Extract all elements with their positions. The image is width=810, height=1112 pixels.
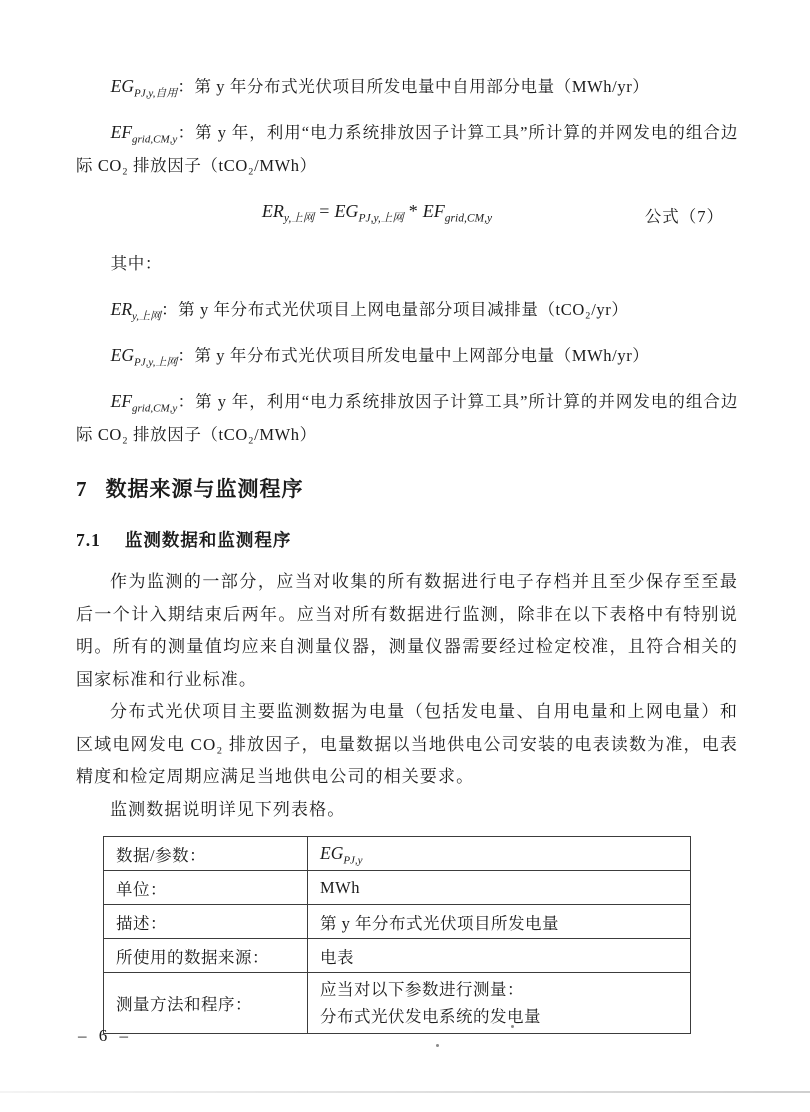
term-definition-ef-grid-2: EFgrid,CM,y：第 y 年，利用“电力系统排放因子计算工具”所计算的并网… (76, 385, 738, 451)
table-row-label: 所使用的数据来源： (104, 939, 308, 973)
body-paragraph: 分布式光伏项目主要监测数据为电量（包括发电量、自用电量和上网电量）和区域电网发电… (76, 696, 738, 794)
table-row: 所使用的数据来源： 电表 (104, 939, 691, 973)
table-row-label: 单位： (104, 871, 308, 905)
term-description: ：第 y 年分布式光伏项目所发电量中自用部分电量（MWh/yr） (177, 77, 649, 96)
formula-rhs2-subscript: grid,CM,y (445, 213, 492, 225)
term-subscript: grid,CM,y (132, 133, 177, 145)
scan-edge-line (0, 1091, 810, 1093)
multiply-sign: * (404, 201, 423, 221)
formula-7: ERy,上网=EGPJ,y,上网*EFgrid,CM,y (76, 201, 678, 222)
table-row-label: 数据/参数： (104, 837, 308, 871)
document-page: EGPJ,y,自用：第 y 年分布式光伏项目所发电量中自用部分电量（MWh/yr… (0, 0, 810, 1112)
table-row: 单位： MWh (104, 871, 691, 905)
section-title: 数据来源与监测程序 (106, 478, 304, 501)
table-row-label: 描述： (104, 905, 308, 939)
term-definition-eg-shangwang: EGPJ,y,上网：第 y 年分布式光伏项目所发电量中上网部分电量（MWh/yr… (76, 339, 738, 372)
term-symbol: ER (111, 299, 132, 319)
table-row-label: 测量方法和程序： (104, 973, 308, 1034)
term-subscript: y,上网 (132, 310, 161, 322)
formula-lhs: ER (262, 201, 284, 221)
term-symbol: EG (320, 843, 343, 863)
value-line: 应当对以下参数进行测量： (320, 976, 678, 1003)
formula-number-label: 公式（7） (645, 203, 724, 227)
term-symbol: EG (111, 76, 134, 96)
term-subscript: PJ,y,自用 (134, 87, 177, 99)
term-definition-ef-grid: EFgrid,CM,y：第 y 年，利用“电力系统排放因子计算工具”所计算的并网… (76, 116, 738, 182)
body-paragraph: 监测数据说明详见下列表格。 (76, 794, 738, 827)
table-row-value: 电表 (308, 939, 691, 973)
subsection-heading: 7.1监测数据和监测程序 (76, 527, 738, 552)
term-subscript: PJ,y (343, 854, 362, 866)
term-description: ：第 y 年分布式光伏项目所发电量中上网部分电量（MWh/yr） (177, 346, 649, 365)
formula-rhs1: EG (334, 201, 358, 221)
table-row-value: MWh (308, 871, 691, 905)
term-subscript: grid,CM,y (132, 402, 177, 414)
subsection-number: 7.1 (76, 530, 101, 550)
monitoring-data-table: 数据/参数： EGPJ,y 单位： MWh 描述： 第 y 年分布式光伏项目所发… (103, 836, 691, 1034)
term-symbol: EG (111, 345, 134, 365)
table-row: 测量方法和程序： 应当对以下参数进行测量： 分布式光伏发电系统的发电量 (104, 973, 691, 1034)
formula-row: ERy,上网=EGPJ,y,上网*EFgrid,CM,y 公式（7） (76, 195, 738, 237)
formula-lhs-subscript: y,上网 (284, 213, 314, 225)
term-subscript: PJ,y,上网 (134, 356, 177, 368)
term-definition-eg-ziyong: EGPJ,y,自用：第 y 年分布式光伏项目所发电量中自用部分电量（MWh/yr… (76, 70, 738, 103)
term-description: ：第 y 年分布式光伏项目上网电量部分项目减排量（tCO₂/yr） (161, 300, 628, 319)
table-row-value: 应当对以下参数进行测量： 分布式光伏发电系统的发电量 (308, 973, 691, 1034)
scan-speckle (511, 1025, 514, 1028)
value-line: 分布式光伏发电系统的发电量 (320, 1003, 678, 1030)
term-description: ：第 y 年，利用“电力系统排放因子计算工具”所计算的并网发电的组合边际 CO₂… (76, 123, 738, 175)
formula-rhs2: EF (423, 201, 445, 221)
subsection-title: 监测数据和监测程序 (125, 530, 292, 550)
term-definition-er: ERy,上网：第 y 年分布式光伏项目上网电量部分项目减排量（tCO₂/yr） (76, 293, 738, 326)
section-heading: 7数据来源与监测程序 (76, 473, 738, 503)
table-row: 数据/参数： EGPJ,y (104, 837, 691, 871)
equals-sign: = (314, 201, 334, 221)
page-number: – 6 – (78, 1026, 132, 1046)
term-description: ：第 y 年，利用“电力系统排放因子计算工具”所计算的并网发电的组合边际 CO₂… (76, 392, 738, 444)
term-symbol: EF (111, 391, 132, 411)
scan-speckle (436, 1044, 439, 1047)
table-row: 描述： 第 y 年分布式光伏项目所发电量 (104, 905, 691, 939)
where-intro: 其中： (76, 247, 738, 280)
term-symbol: EF (111, 122, 132, 142)
table-row-value: EGPJ,y (308, 837, 691, 871)
section-number: 7 (76, 477, 88, 501)
table-row-value: 第 y 年分布式光伏项目所发电量 (308, 905, 691, 939)
formula-rhs1-subscript: PJ,y,上网 (358, 213, 403, 225)
body-paragraph: 作为监测的一部分，应当对收集的所有数据进行电子存档并且至少保存至至最后一个计入期… (76, 566, 738, 696)
